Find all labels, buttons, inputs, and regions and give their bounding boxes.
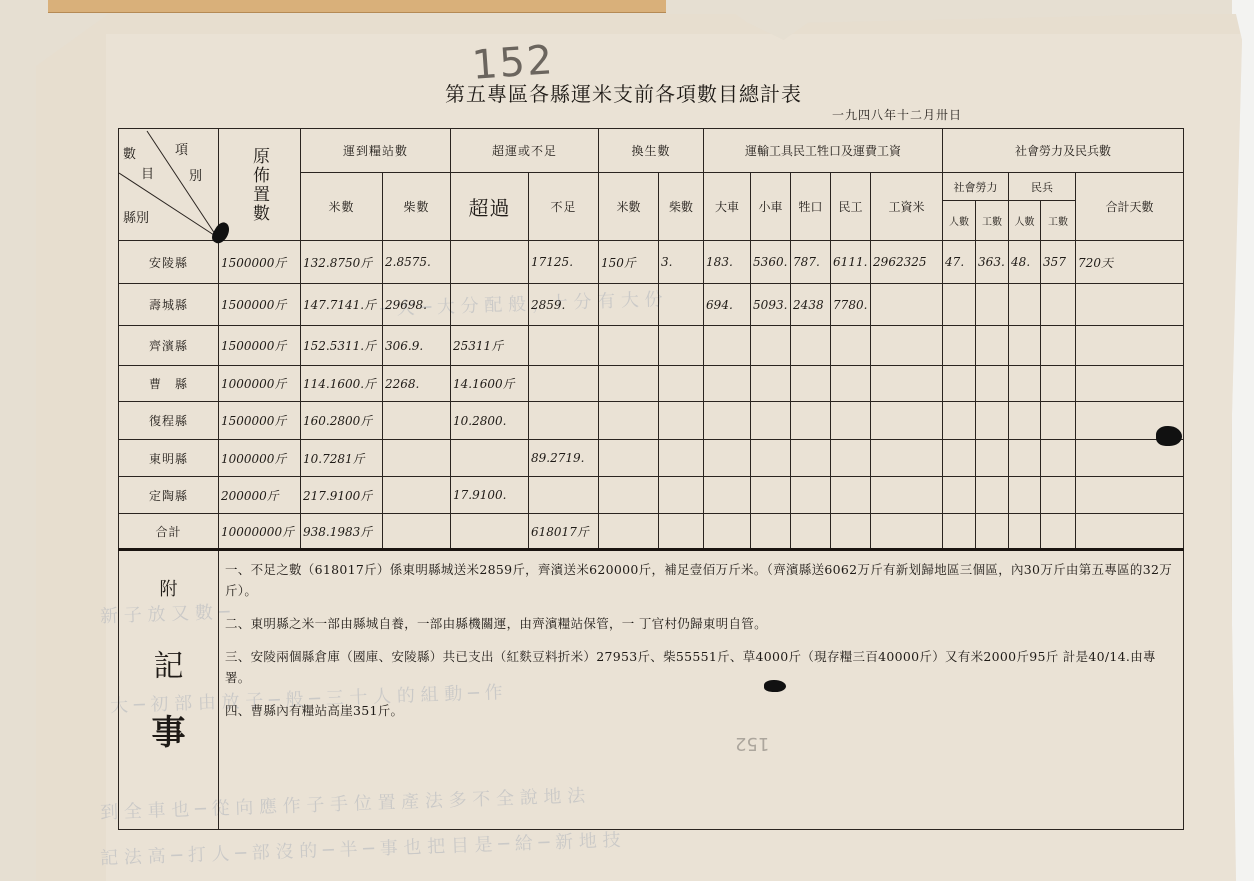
header-short: 不足	[529, 173, 599, 241]
cell-rice: 147.7141.斤	[301, 284, 383, 326]
header-social-work: 工數	[976, 201, 1009, 241]
cell-wage-rice	[871, 440, 943, 477]
county-name: 復程縣	[119, 402, 219, 440]
cell-rice: 132.8750斤	[301, 241, 383, 284]
cell-soc-people	[943, 284, 976, 326]
cell-soc-work	[976, 326, 1009, 366]
cell-original: 1500000斤	[219, 402, 301, 440]
cell-big-cart: 183.	[704, 241, 751, 284]
cell-short	[529, 326, 599, 366]
cell-total-days	[1076, 366, 1184, 402]
cell-mil-work: 357	[1041, 241, 1076, 284]
cell-ex-fuel	[659, 326, 704, 366]
cell-soc-work	[976, 284, 1009, 326]
cell-mil-work	[1041, 477, 1076, 514]
cell-over: 14.1600斤	[451, 366, 529, 402]
cell-soc-people	[943, 326, 976, 366]
cell-laborers	[831, 477, 871, 514]
cell-big-cart	[704, 514, 751, 550]
cell-laborers: 6111.	[831, 241, 871, 284]
cell-big-cart	[704, 402, 751, 440]
cell-small-cart: 5093.	[751, 284, 791, 326]
header-animals: 牲口	[791, 173, 831, 241]
header-transport: 運輸工具民工牲口及運費工資	[704, 129, 943, 173]
cell-ex-rice	[599, 514, 659, 550]
table-row: 東明縣1000000斤10.7281斤89.2719.	[119, 440, 1184, 477]
cell-soc-people	[943, 366, 976, 402]
cell-laborers	[831, 366, 871, 402]
header-labor: 社會勞力及民兵數	[943, 129, 1184, 173]
cell-short: 2859.	[529, 284, 599, 326]
table-row: 定陶縣200000斤217.9100斤17.9100.	[119, 477, 1184, 514]
header-social-people: 人數	[943, 201, 976, 241]
table-row: 安陵縣1500000斤132.8750斤2.8575.17125.150斤3.1…	[119, 241, 1184, 284]
cell-animals	[791, 402, 831, 440]
cell-ex-fuel	[659, 402, 704, 440]
cell-soc-work	[976, 514, 1009, 550]
cell-ex-fuel: 3.	[659, 241, 704, 284]
cell-big-cart: 694.	[704, 284, 751, 326]
cell-animals	[791, 366, 831, 402]
cell-small-cart	[751, 326, 791, 366]
county-name: 壽城縣	[119, 284, 219, 326]
ink-blot	[1156, 426, 1182, 446]
cell-mil-work	[1041, 366, 1076, 402]
cell-big-cart	[704, 477, 751, 514]
cell-animals	[791, 326, 831, 366]
cell-over	[451, 241, 529, 284]
cell-laborers	[831, 402, 871, 440]
statistics-table: 數 目 項 別 縣別 原佈置數 運到糧站數 超運或不足 換生數 運輸工具民工牲口…	[118, 128, 1184, 830]
cell-wage-rice	[871, 366, 943, 402]
header-over: 超過	[451, 173, 529, 241]
cell-original: 1500000斤	[219, 284, 301, 326]
cell-soc-people: 47.	[943, 241, 976, 284]
header-social-labor: 社會勞力	[943, 173, 1009, 201]
county-name: 東明縣	[119, 440, 219, 477]
cell-short	[529, 366, 599, 402]
cell-soc-people	[943, 402, 976, 440]
cell-laborers: 7780.	[831, 284, 871, 326]
cell-fuel: 29698.	[383, 284, 451, 326]
document-date: 一九四八年十二月卅日	[832, 106, 962, 123]
header-exchanged-fuel: 柴數	[659, 173, 704, 241]
cell-mil-people	[1009, 477, 1041, 514]
cell-fuel	[383, 477, 451, 514]
cell-fuel	[383, 514, 451, 550]
cell-mil-work	[1041, 284, 1076, 326]
document-title: 第五專區各縣運米支前各項數目總計表	[445, 78, 802, 107]
cell-fuel	[383, 402, 451, 440]
cell-total-days	[1076, 284, 1184, 326]
archive-tape-strip	[48, 0, 666, 13]
cell-original: 1500000斤	[219, 241, 301, 284]
cell-big-cart	[704, 440, 751, 477]
header-militia-work: 工數	[1041, 201, 1076, 241]
cell-small-cart	[751, 477, 791, 514]
cell-wage-rice	[871, 326, 943, 366]
cell-soc-work	[976, 440, 1009, 477]
cell-ex-rice	[599, 440, 659, 477]
corner-header-item: 項	[175, 139, 188, 158]
cell-rice: 10.7281斤	[301, 440, 383, 477]
cell-laborers	[831, 326, 871, 366]
cell-rice: 152.5311.斤	[301, 326, 383, 366]
table-row: 合計10000000斤938.1983斤618017斤	[119, 514, 1184, 550]
cell-mil-work	[1041, 514, 1076, 550]
cell-short	[529, 402, 599, 440]
cell-over: 25311斤	[451, 326, 529, 366]
header-wage-rice: 工資米	[871, 173, 943, 241]
cell-small-cart	[751, 440, 791, 477]
cell-original: 1000000斤	[219, 366, 301, 402]
cell-ex-rice	[599, 477, 659, 514]
header-delivered: 運到糧站數	[301, 129, 451, 173]
cell-fuel	[383, 440, 451, 477]
header-laborers: 民工	[831, 173, 871, 241]
cell-big-cart	[704, 326, 751, 366]
cell-ex-rice	[599, 326, 659, 366]
note-item: 一、不足之數（618017斤）係東明縣城送米2859斤，齊濱送米620000斤，…	[225, 559, 1177, 601]
cell-animals: 787.	[791, 241, 831, 284]
cell-wage-rice	[871, 402, 943, 440]
cell-fuel: 2268.	[383, 366, 451, 402]
cell-soc-work	[976, 366, 1009, 402]
cell-ex-rice	[599, 366, 659, 402]
table-row: 壽城縣1500000斤147.7141.斤29698.2859.694.5093…	[119, 284, 1184, 326]
cell-wage-rice	[871, 477, 943, 514]
cell-soc-work	[976, 477, 1009, 514]
cell-mil-people	[1009, 366, 1041, 402]
cell-mil-people	[1009, 284, 1041, 326]
header-delivered-fuel: 柴數	[383, 173, 451, 241]
cell-short: 17125.	[529, 241, 599, 284]
header-exchanged-rice: 米數	[599, 173, 659, 241]
cell-over	[451, 514, 529, 550]
table-row: 齊濱縣1500000斤152.5311.斤306.9.25311斤	[119, 326, 1184, 366]
county-name: 合計	[119, 514, 219, 550]
cell-ex-fuel	[659, 284, 704, 326]
corner-header-county: 縣別	[123, 207, 149, 226]
cell-soc-work: 363.	[976, 241, 1009, 284]
cell-small-cart	[751, 514, 791, 550]
cell-animals	[791, 477, 831, 514]
cell-total-days	[1076, 326, 1184, 366]
cell-short: 618017斤	[529, 514, 599, 550]
cell-original: 10000000斤	[219, 514, 301, 550]
cell-mil-people	[1009, 326, 1041, 366]
cell-over	[451, 440, 529, 477]
header-militia: 民兵	[1009, 173, 1076, 201]
cell-ex-rice: 150斤	[599, 241, 659, 284]
corner-header-cell: 數 目 項 別 縣別	[119, 129, 219, 241]
note-item: 三、安陵兩個縣倉庫（國庫、安陵縣）共已支出（紅麩豆料折米）27953斤、柴555…	[225, 646, 1177, 688]
cell-soc-people	[943, 514, 976, 550]
header-exchanged: 換生數	[599, 129, 704, 173]
cell-mil-work	[1041, 440, 1076, 477]
county-name: 安陵縣	[119, 241, 219, 284]
cell-rice: 217.9100斤	[301, 477, 383, 514]
cell-mil-work	[1041, 326, 1076, 366]
cell-animals	[791, 514, 831, 550]
cell-ex-fuel	[659, 440, 704, 477]
cell-mil-people	[1009, 514, 1041, 550]
header-militia-people: 人數	[1009, 201, 1041, 241]
cell-ex-rice	[599, 284, 659, 326]
ink-blot	[764, 680, 786, 692]
cell-ex-fuel	[659, 477, 704, 514]
cell-big-cart	[704, 366, 751, 402]
cell-original: 1500000斤	[219, 326, 301, 366]
cell-small-cart: 5360.	[751, 241, 791, 284]
notes-body: 一、不足之數（618017斤）係東明縣城送米2859斤，齊濱送米620000斤，…	[219, 550, 1184, 830]
notes-label: 附 記 事	[119, 550, 219, 830]
cell-soc-work	[976, 402, 1009, 440]
header-over-or-short: 超運或不足	[451, 129, 599, 173]
cell-over: 10.2800.	[451, 402, 529, 440]
cell-animals: 2438	[791, 284, 831, 326]
corner-header-class: 別	[189, 165, 202, 184]
cell-wage-rice	[871, 514, 943, 550]
cell-animals	[791, 440, 831, 477]
cell-short: 89.2719.	[529, 440, 599, 477]
header-big-cart: 大車	[704, 173, 751, 241]
cell-total-days	[1076, 514, 1184, 550]
cell-rice: 160.2800斤	[301, 402, 383, 440]
cell-soc-people	[943, 477, 976, 514]
corner-header-number: 數	[123, 143, 136, 162]
note-item: 四、曹縣內有糧站高崖351斤。	[225, 700, 1177, 721]
cell-total-days: 720天	[1076, 241, 1184, 284]
cell-original: 200000斤	[219, 477, 301, 514]
cell-soc-people	[943, 440, 976, 477]
cell-small-cart	[751, 366, 791, 402]
header-delivered-rice: 米數	[301, 173, 383, 241]
cell-short	[529, 477, 599, 514]
cell-over	[451, 284, 529, 326]
header-small-cart: 小車	[751, 173, 791, 241]
table-row: 曹 縣1000000斤114.1600.斤2268.14.1600斤	[119, 366, 1184, 402]
cell-rice: 114.1600.斤	[301, 366, 383, 402]
cell-ex-fuel	[659, 366, 704, 402]
cell-mil-people	[1009, 402, 1041, 440]
cell-mil-work	[1041, 402, 1076, 440]
county-name: 齊濱縣	[119, 326, 219, 366]
header-original-assigned: 原佈置數	[219, 129, 301, 241]
cell-laborers	[831, 440, 871, 477]
cell-small-cart	[751, 402, 791, 440]
cell-mil-people	[1009, 440, 1041, 477]
cell-wage-rice: 2962325	[871, 241, 943, 284]
cell-original: 1000000斤	[219, 440, 301, 477]
county-name: 曹 縣	[119, 366, 219, 402]
cell-wage-rice	[871, 284, 943, 326]
cell-rice: 938.1983斤	[301, 514, 383, 550]
header-total-days: 合計天數	[1076, 173, 1184, 241]
corner-header-eye: 目	[141, 163, 154, 182]
cell-mil-people: 48.	[1009, 241, 1041, 284]
cell-fuel: 2.8575.	[383, 241, 451, 284]
cell-fuel: 306.9.	[383, 326, 451, 366]
cell-total-days	[1076, 477, 1184, 514]
table-row: 復程縣1500000斤160.2800斤10.2800.	[119, 402, 1184, 440]
cell-laborers	[831, 514, 871, 550]
cell-ex-rice	[599, 402, 659, 440]
county-name: 定陶縣	[119, 477, 219, 514]
cell-over: 17.9100.	[451, 477, 529, 514]
cell-ex-fuel	[659, 514, 704, 550]
note-item: 二、東明縣之米一部由縣城自養，一部由縣機關運，由齊濱糧站保管，一 丁官村仍歸東明…	[225, 613, 1177, 634]
